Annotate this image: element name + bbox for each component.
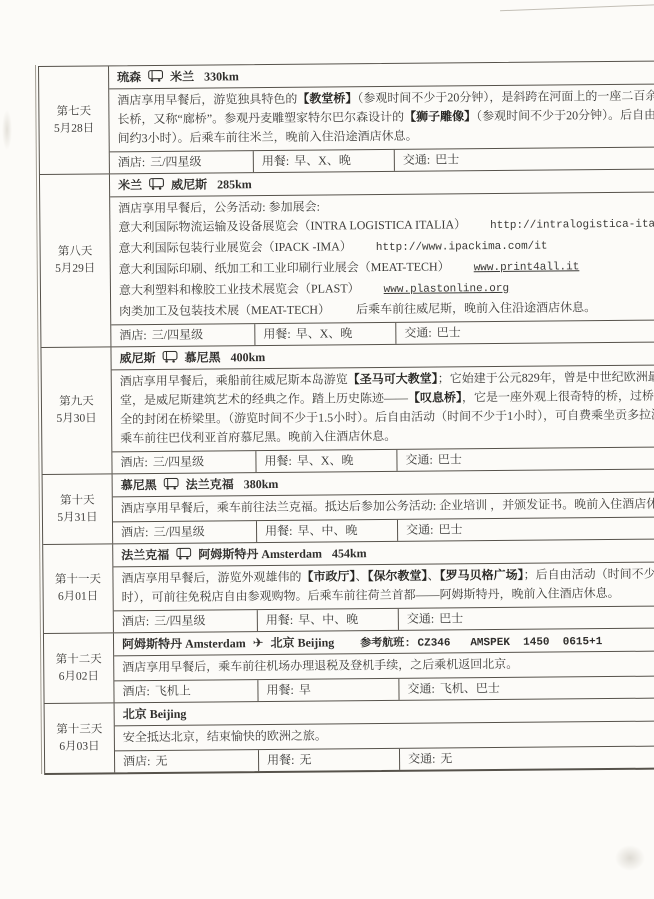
day-content-cell: 琉森米兰330km 酒店享用早餐后，游览独具特色的【教堂桥】（参观时间不少于20… <box>109 61 654 173</box>
description-text: 肉类加工及包装技术展（MEAT-TECH） <box>119 302 330 318</box>
meals-value: 早、中、晚 <box>297 523 357 538</box>
scanned-itinerary-page: 第七天 5月28日 琉森米兰330km 酒店享用早餐后，游览独具特色的【教堂桥】… <box>0 0 654 899</box>
route-to: 阿姆斯特丹 Amsterdam <box>198 547 322 562</box>
day-date-label: 5月30日 <box>56 411 96 428</box>
transport-value: 飞机、巴士 <box>440 681 500 696</box>
day-row: 第八天 5月29日 米兰威尼斯285km 酒店享用早餐后，公务活动: 参加展会:… <box>40 168 654 347</box>
day-number-label: 第八天 <box>58 244 93 261</box>
hotel-value: 无 <box>155 754 167 768</box>
bus-icon <box>162 348 177 370</box>
transport-label: 交通: <box>408 752 435 766</box>
route-to: 北京 Beijing <box>271 635 335 650</box>
meals-label: 用餐: <box>264 454 291 468</box>
description-text: 酒店享用早餐后，乘船前往威尼斯本岛游览【圣马可大教堂】；它始建于公元829年，曾… <box>120 369 654 445</box>
transport-label: 交通: <box>404 326 431 340</box>
description-tail: 后乘车前往威尼斯，晚前入住沿途酒店休息。 <box>356 300 596 316</box>
meals-label: 用餐: <box>266 683 293 697</box>
description-text: 意大利国际包装行业展览会（IPACK -IMA） <box>119 239 352 255</box>
scan-smudge <box>615 845 645 871</box>
hotel-value: 三/四星级 <box>153 455 204 469</box>
day-cell: 第十二天 6月02日 <box>44 633 115 703</box>
day-cell: 第十三天 6月03日 <box>45 703 116 773</box>
day-date-label: 5月31日 <box>57 509 97 526</box>
hotel-label: 酒店: <box>122 614 149 628</box>
hotel-cell: 酒店:飞机上 <box>114 680 258 702</box>
day-content-cell: 米兰威尼斯285km 酒店享用早餐后，公务活动: 参加展会:意大利国际物流运输及… <box>110 169 654 346</box>
description-text: 酒店享用早餐后，乘车前往法兰克福。抵达后参加公务活动: 企业培训 ，并颁发证书。… <box>121 496 654 515</box>
exhibition-url: http://intralogistica-italia.com <box>490 218 654 232</box>
hotel-label: 酒店: <box>122 684 149 698</box>
route-distance: 285km <box>217 177 252 191</box>
day-row: 第十三天 6月03日 北京 Beijing 安全抵达北京，结束愉快的欧洲之旅。 … <box>45 697 654 773</box>
day-row: 第十一天 6月01日 法兰克福阿姆斯特丹 Amsterdam454km 酒店享用… <box>43 538 654 633</box>
description-line: 酒店享用早餐后，乘车前往机场办理退税及登机手续，之后乘机返回北京。 <box>122 653 654 677</box>
day-description: 酒店享用早餐后，公务活动: 参加展会:意大利国际物流运输及设备展览会（INTRA… <box>110 192 654 324</box>
transport-value: 巴士 <box>437 325 461 339</box>
meta-row: 酒店:三/四星级 用餐:早、X、晚 交通:巴士 <box>112 446 654 473</box>
transport-value: 巴士 <box>438 452 462 466</box>
meals-cell: 用餐:早、X、晚 <box>255 323 396 345</box>
day-number-label: 第十三天 <box>56 721 102 738</box>
hotel-cell: 酒店:三/四星级 <box>113 521 257 543</box>
meta-row: 酒店:三/四星级 用餐:早、中、晚 交通:巴士 <box>114 605 654 632</box>
hotel-value: 三/四星级 <box>153 525 204 539</box>
meals-label: 用餐: <box>266 613 293 627</box>
meals-cell: 用餐:早、X、晚 <box>254 150 395 172</box>
meals-cell: 用餐:早、中、晚 <box>258 609 399 631</box>
flight-info: 参考航班: CZ346 AMSPEK 1450 0615+1 <box>360 636 602 650</box>
day-date-label: 5月29日 <box>55 261 95 278</box>
route-distance: 400km <box>231 350 266 364</box>
transport-cell: 交通:巴士 <box>399 606 654 630</box>
hotel-cell: 酒店:三/四星级 <box>112 451 256 473</box>
route-to: 法兰克福 <box>186 477 234 491</box>
hotel-cell: 酒店:三/四星级 <box>111 324 255 346</box>
route-from: 法兰克福 <box>121 548 169 562</box>
bus-icon <box>148 67 163 89</box>
description-line: 酒店享用早餐后，游览独具特色的【教堂桥】（参观时间不少于20分钟），是斜跨在河面… <box>117 86 654 148</box>
route-distance: 454km <box>332 546 367 560</box>
day-date-label: 5月28日 <box>54 120 94 137</box>
route-from: 米兰 <box>118 178 142 192</box>
meta-row: 酒店:三/四星级 用餐:早、X、晚 交通:巴士 <box>110 146 654 173</box>
day-description: 酒店享用早餐后，乘船前往威尼斯本岛游览【圣马可大教堂】；它始建于公元829年，曾… <box>112 365 654 451</box>
hotel-label: 酒店: <box>118 155 145 169</box>
description-line: 酒店享用早餐后，乘船前往威尼斯本岛游览【圣马可大教堂】；它始建于公元829年，曾… <box>120 367 654 448</box>
transport-cell: 交通:无 <box>400 746 654 770</box>
route-from: 阿姆斯特丹 Amsterdam <box>122 636 246 651</box>
meals-value: 早、X、晚 <box>297 453 354 467</box>
route-from: 琉森 <box>117 70 141 84</box>
route-to: 威尼斯 <box>171 178 207 192</box>
day-row: 第七天 5月28日 琉森米兰330km 酒店享用早餐后，游览独具特色的【教堂桥】… <box>39 61 654 174</box>
day-content-cell: 威尼斯慕尼黑400km 酒店享用早餐后，乘船前往威尼斯本岛游览【圣马可大教堂】；… <box>111 342 654 473</box>
meals-value: 早、X、晚 <box>294 153 351 167</box>
meals-label: 用餐: <box>262 154 289 168</box>
description-line: 酒店享用早餐后，游览外观雄伟的【市政厅】、【保尔教堂】、【罗马贝格广场】；后自由… <box>121 564 654 607</box>
exhibition-url: www.plastonline.org <box>384 283 510 296</box>
hotel-value: 三/四星级 <box>152 328 203 342</box>
day-cell: 第八天 5月29日 <box>40 174 111 347</box>
meals-label: 用餐: <box>265 524 292 538</box>
meals-value: 早 <box>299 683 311 697</box>
day-number-label: 第十天 <box>60 492 95 509</box>
meta-row: 酒店:三/四星级 用餐:早、X、晚 交通:巴士 <box>111 319 654 346</box>
itinerary-table: 第七天 5月28日 琉森米兰330km 酒店享用早餐后，游览独具特色的【教堂桥】… <box>38 60 654 775</box>
hotel-label: 酒店: <box>123 754 150 768</box>
day-number-label: 第十二天 <box>56 651 102 668</box>
description-text: 酒店享用早餐后，游览独具特色的【教堂桥】（参观时间不少于20分钟），是斜跨在河面… <box>117 88 654 145</box>
meals-value: 无 <box>299 753 311 767</box>
meals-cell: 用餐:早 <box>258 679 399 701</box>
meals-label: 用餐: <box>263 327 290 341</box>
transport-label: 交通: <box>407 612 434 626</box>
exhibition-url: www.print4all.it <box>474 261 580 274</box>
plane-icon: ✈ <box>253 633 264 655</box>
day-cell: 第十天 5月31日 <box>43 474 114 544</box>
meta-row: 酒店:三/四星级 用餐:早、中、晚 交通:巴士 <box>113 516 654 543</box>
meals-cell: 用餐:早、X、晚 <box>256 450 397 472</box>
day-number-label: 第七天 <box>57 103 92 120</box>
day-cell: 第十一天 6月01日 <box>43 544 114 633</box>
description-text: 意大利国际印刷、纸加工和工业印刷行业展会（MEAT-TECH） <box>119 259 450 276</box>
transport-label: 交通: <box>406 523 433 537</box>
day-content-cell: 法兰克福阿姆斯特丹 Amsterdam454km 酒店享用早餐后，游览外观雄伟的… <box>113 539 654 632</box>
transport-label: 交通: <box>403 153 430 167</box>
hotel-label: 酒店: <box>119 328 146 342</box>
day-cell: 第七天 5月28日 <box>39 66 110 174</box>
meta-row: 酒店:无 用餐:无 交通:无 <box>115 745 654 772</box>
bus-icon <box>176 545 191 567</box>
description-line: 酒店享用早餐后，乘车前往法兰克福。抵达后参加公务活动: 企业培训 ，并颁发证书。… <box>121 494 654 518</box>
day-date-label: 6月03日 <box>59 738 99 755</box>
day-description: 酒店享用早餐后，游览独具特色的【教堂桥】（参观时间不少于20分钟），是斜跨在河面… <box>109 84 654 151</box>
transport-cell: 交通:巴士 <box>397 447 654 471</box>
transport-cell: 交通:巴士 <box>395 147 654 171</box>
scan-smudge <box>2 110 12 150</box>
day-content-cell: 慕尼黑法兰克福380km 酒店享用早餐后，乘车前往法兰克福。抵达后参加公务活动:… <box>113 469 654 543</box>
route-from: 北京 Beijing <box>123 707 187 722</box>
route-distance: 330km <box>204 69 239 83</box>
description-text: 意大利国际物流运输及设备展览会（INTRA LOGISTICA ITALIA） <box>118 217 466 234</box>
day-date-label: 6月02日 <box>59 668 99 685</box>
meta-row: 酒店:飞机上 用餐:早 交通:飞机、巴士 <box>114 675 654 702</box>
meals-value: 早、X、晚 <box>296 326 353 340</box>
description-text: 酒店享用早餐后，公务活动: 参加展会: <box>118 200 320 216</box>
exhibition-url: http://www.ipackima.com/it <box>376 241 548 254</box>
meals-cell: 用餐:无 <box>259 749 400 771</box>
description-text: 酒店享用早餐后，乘车前往机场办理退税及登机手续，之后乘机返回北京。 <box>122 657 518 674</box>
transport-cell: 交通:巴士 <box>398 517 654 541</box>
day-number-label: 第九天 <box>59 394 94 411</box>
description-text: 酒店享用早餐后，游览外观雄伟的【市政厅】、【保尔教堂】、【罗马贝格广场】；后自由… <box>121 566 654 604</box>
day-row: 第十二天 6月02日 阿姆斯特丹 Amsterdam✈北京 Beijing参考航… <box>44 627 654 703</box>
description-line: 肉类加工及包装技术展（MEAT-TECH）后乘车前往威尼斯，晚前入住沿途酒店休息… <box>119 297 654 321</box>
hotel-value: 三/四星级 <box>154 614 205 628</box>
route-to: 慕尼黑 <box>185 350 221 364</box>
transport-label: 交通: <box>405 453 432 467</box>
hotel-value: 三/四星级 <box>150 155 201 169</box>
route-from: 威尼斯 <box>119 351 155 365</box>
meals-cell: 用餐:早、中、晚 <box>257 520 398 542</box>
scan-artifact-line <box>500 4 654 12</box>
route-from: 慕尼黑 <box>121 478 157 492</box>
day-row: 第十天 5月31日 慕尼黑法兰克福380km 酒店享用早餐后，乘车前往法兰克福。… <box>43 468 654 544</box>
bus-icon <box>149 175 164 197</box>
day-content-cell: 北京 Beijing 安全抵达北京，结束愉快的欧洲之旅。 酒店:无 用餐:无 交… <box>115 698 654 772</box>
description-line: 安全抵达北京，结束愉快的欧洲之旅。 <box>123 723 654 747</box>
hotel-label: 酒店: <box>120 455 147 469</box>
meals-value: 早、中、晚 <box>298 612 358 627</box>
transport-label: 交通: <box>407 682 434 696</box>
transport-cell: 交通:巴士 <box>396 320 654 344</box>
hotel-cell: 酒店:三/四星级 <box>114 610 258 632</box>
hotel-cell: 酒店:无 <box>115 750 259 772</box>
description-text: 意大利塑料和橡胶工业技术展览会（PLAST） <box>119 281 360 297</box>
day-cell: 第九天 5月30日 <box>41 347 112 474</box>
hotel-cell: 酒店:三/四星级 <box>110 151 254 173</box>
transport-value: 巴士 <box>438 522 462 536</box>
bus-icon <box>164 475 179 497</box>
transport-value: 巴士 <box>435 152 459 166</box>
hotel-value: 飞机上 <box>155 684 191 698</box>
transport-value: 巴士 <box>439 611 463 625</box>
description-text: 安全抵达北京，结束愉快的欧洲之旅。 <box>123 729 327 745</box>
route-to: 米兰 <box>170 70 194 84</box>
transport-cell: 交通:飞机、巴士 <box>399 676 654 700</box>
day-content-cell: 阿姆斯特丹 Amsterdam✈北京 Beijing参考航班: CZ346 AM… <box>114 628 654 702</box>
transport-value: 无 <box>440 751 452 765</box>
day-number-label: 第十一天 <box>55 571 101 588</box>
day-description: 酒店享用早餐后，游览外观雄伟的【市政厅】、【保尔教堂】、【罗马贝格广场】；后自由… <box>113 562 654 610</box>
meals-label: 用餐: <box>267 753 294 767</box>
day-date-label: 6月01日 <box>58 588 98 605</box>
hotel-label: 酒店: <box>121 525 148 539</box>
route-distance: 380km <box>244 477 279 491</box>
day-row: 第九天 5月30日 威尼斯慕尼黑400km 酒店享用早餐后，乘船前往威尼斯本岛游… <box>41 341 654 474</box>
